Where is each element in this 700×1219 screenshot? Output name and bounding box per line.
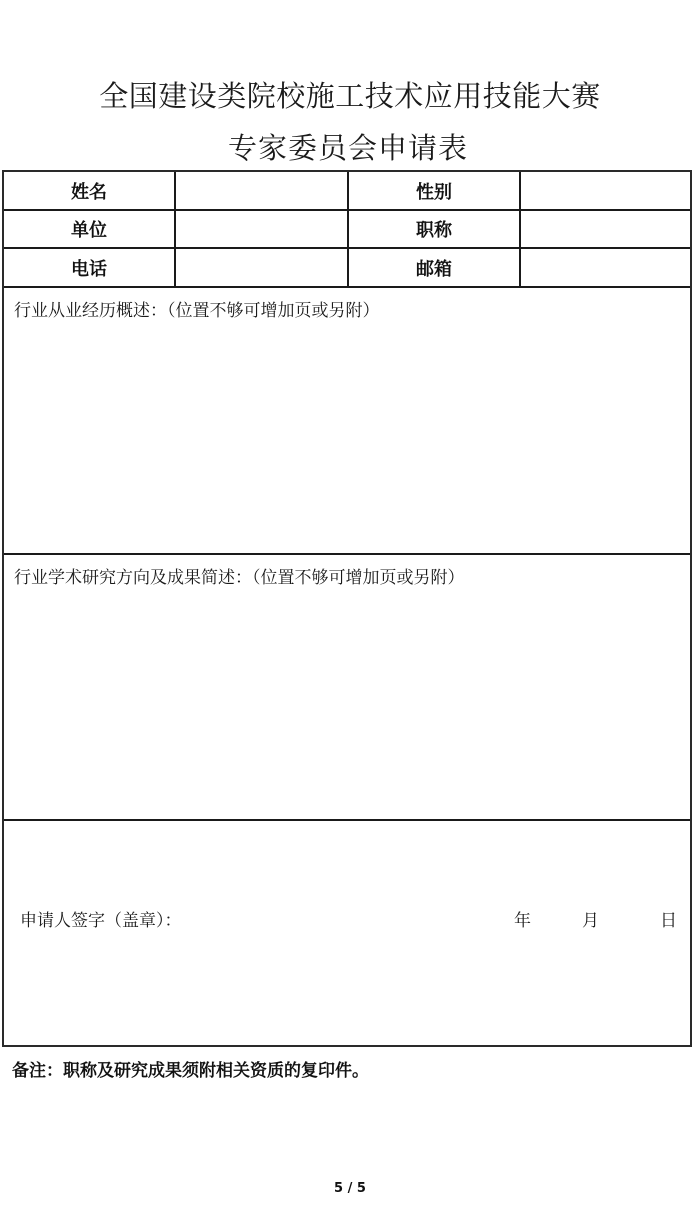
experience-section[interactable]: 行业从业经历概述：（位置不够可增加页或另附）: [4, 288, 690, 555]
date-day-label: 日: [660, 906, 677, 931]
gender-label: 性别: [349, 172, 521, 209]
phone-label: 电话: [4, 249, 176, 286]
name-label: 姓名: [4, 172, 176, 209]
page-number: 5 / 5: [0, 1181, 700, 1196]
form-title-line1: 全国建设类院校施工技术应用技能大赛: [0, 74, 700, 115]
signature-section[interactable]: 申请人签字（盖章）： 年 月 日: [4, 821, 690, 1045]
form-row-name-gender: 姓名 性别: [4, 172, 690, 211]
job-title-label: 职称: [349, 211, 521, 247]
gender-field[interactable]: [521, 172, 690, 209]
date-year-label: 年: [514, 906, 531, 931]
application-form-table: 姓名 性别 单位 职称 电话 邮箱 行业从业经历概述：（位置不够可增加页或另附）…: [2, 170, 692, 1047]
signature-label: 申请人签字（盖章）：: [20, 906, 182, 931]
email-label: 邮箱: [349, 249, 521, 286]
date-month-label: 月: [582, 906, 599, 931]
form-title-line2: 专家委员会申请表: [0, 126, 696, 167]
experience-label: 行业从业经历概述：（位置不够可增加页或另附）: [14, 296, 380, 321]
form-row-org-title: 单位 职称: [4, 211, 690, 249]
job-title-field[interactable]: [521, 211, 690, 247]
name-field[interactable]: [176, 172, 349, 209]
research-section[interactable]: 行业学术研究方向及成果简述：（位置不够可增加页或另附）: [4, 555, 690, 821]
organization-label: 单位: [4, 211, 176, 247]
email-field[interactable]: [521, 249, 690, 286]
footnote: 备注：职称及研究成果须附相关资质的复印件。: [12, 1056, 369, 1081]
phone-field[interactable]: [176, 249, 349, 286]
research-label: 行业学术研究方向及成果简述：（位置不够可增加页或另附）: [14, 563, 465, 588]
organization-field[interactable]: [176, 211, 349, 247]
form-row-phone-email: 电话 邮箱: [4, 249, 690, 288]
